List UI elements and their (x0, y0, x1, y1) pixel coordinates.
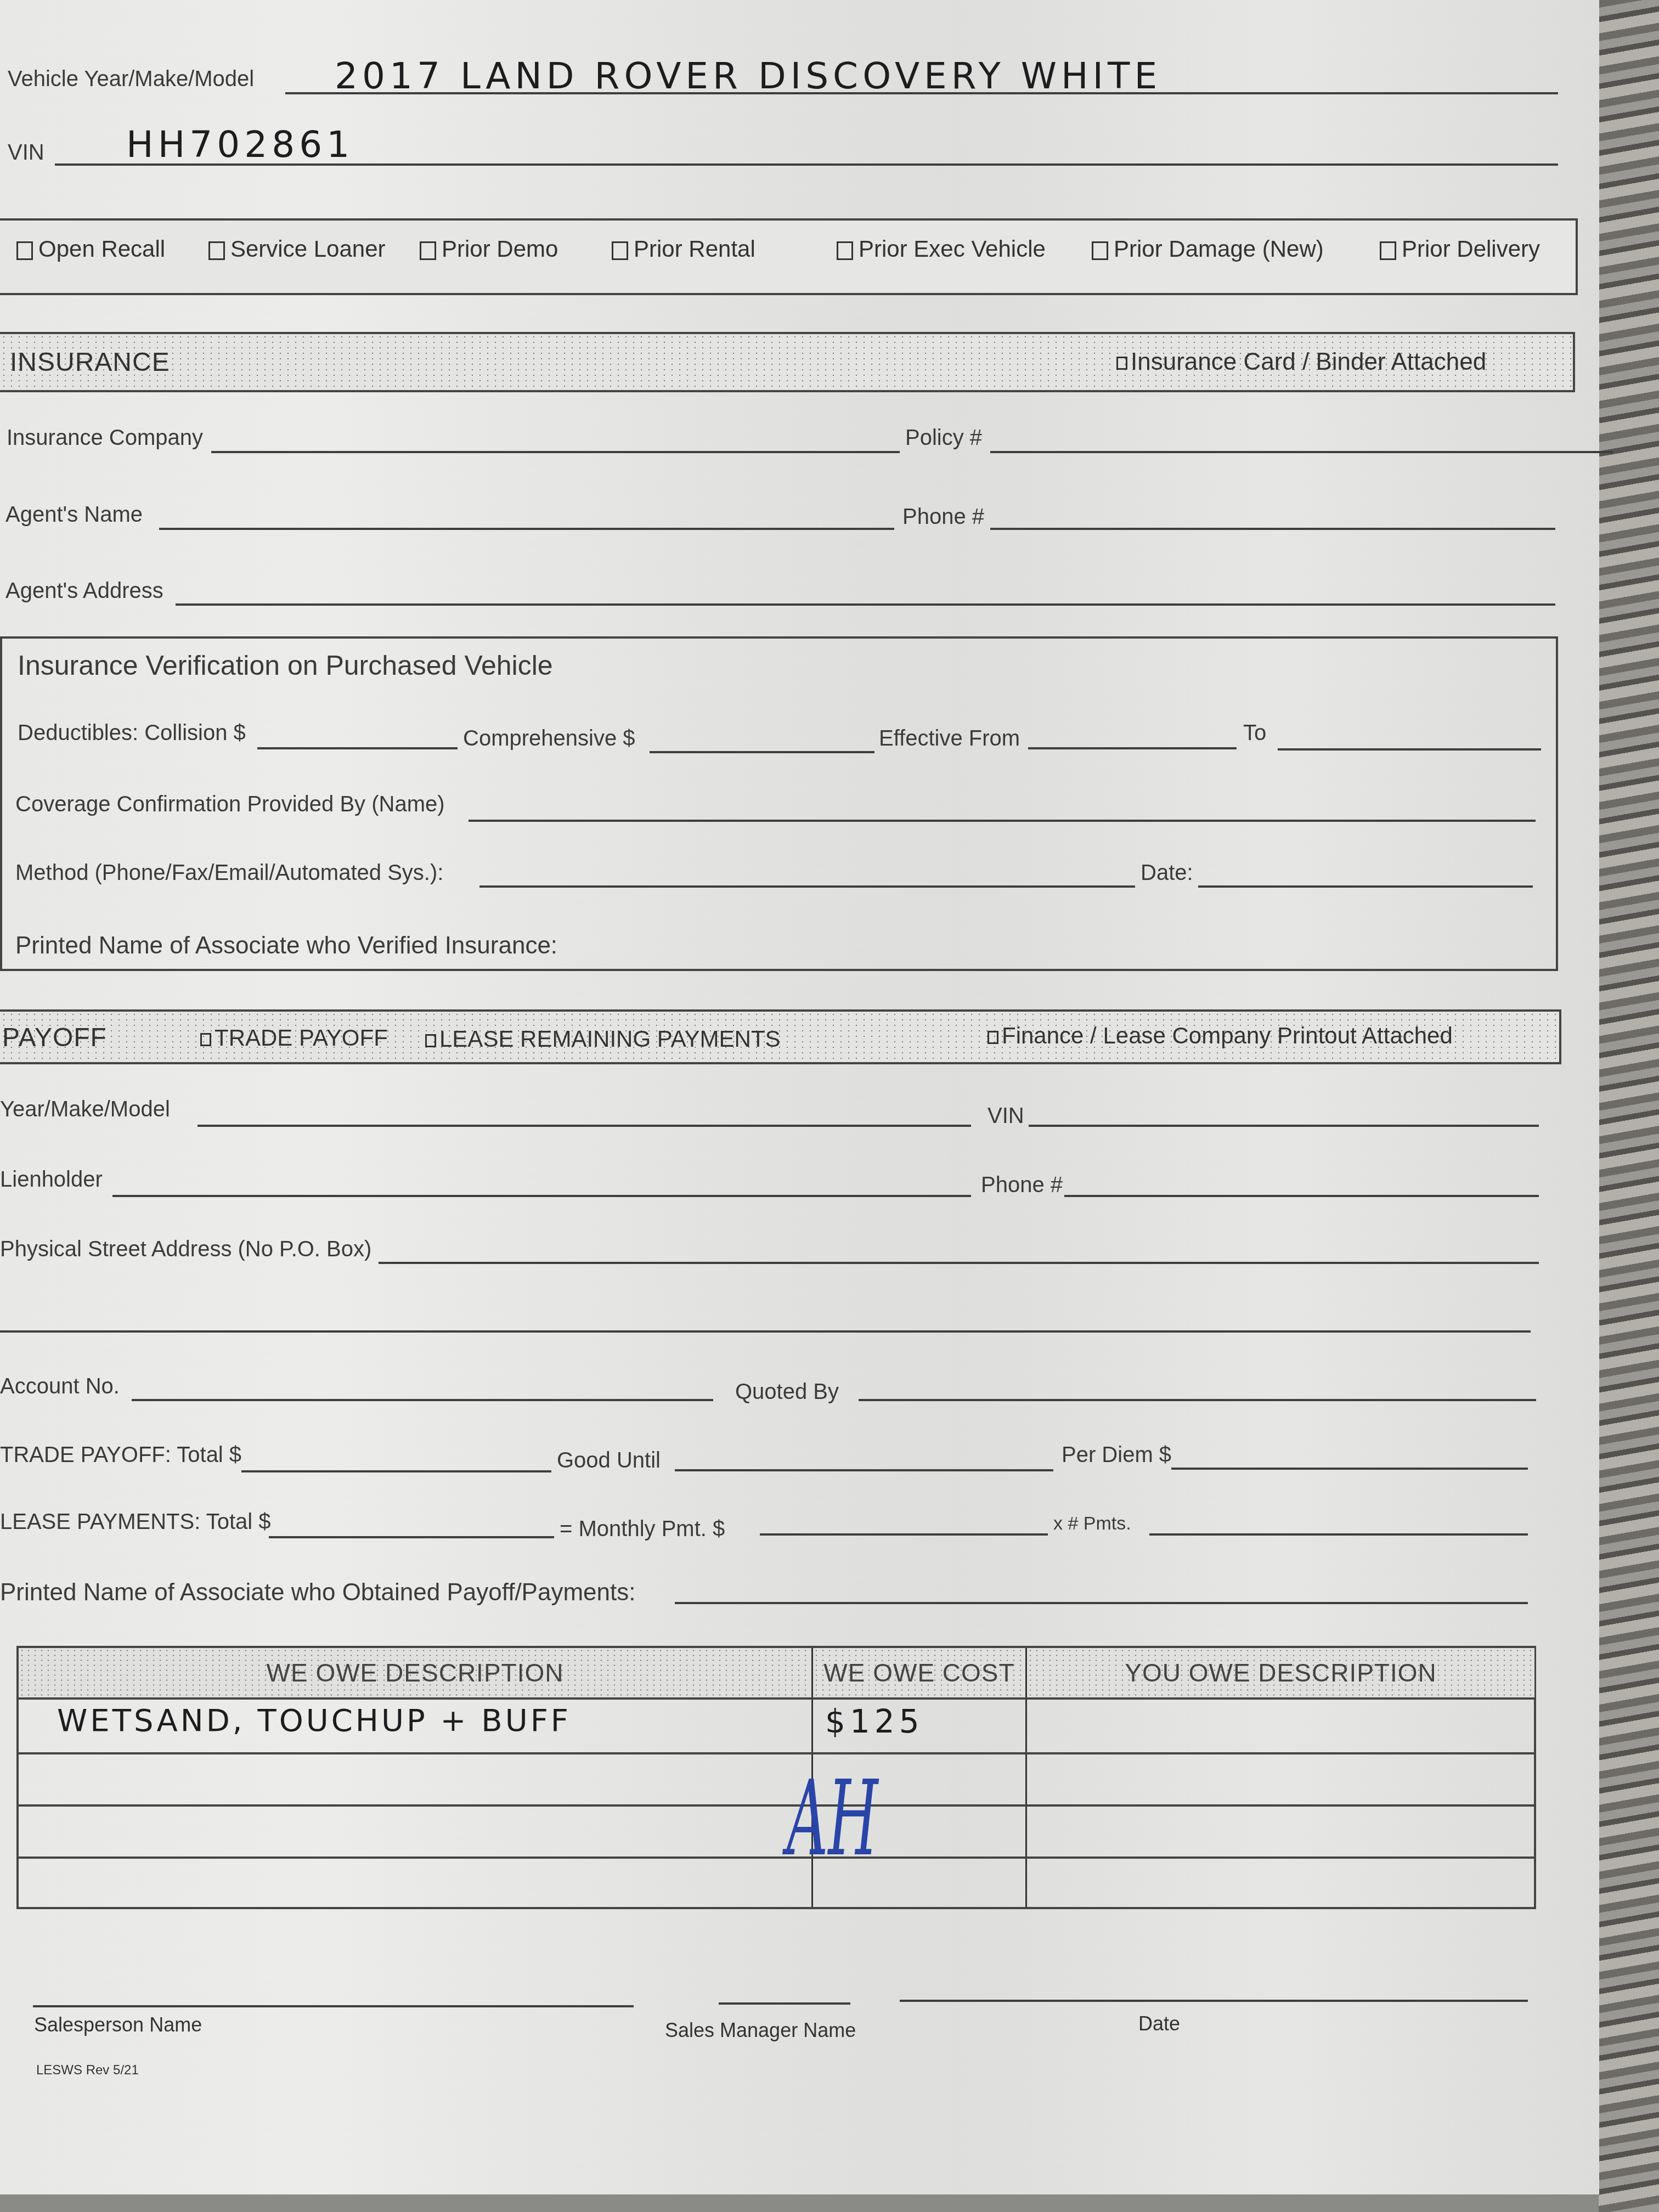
initials-signature: AH (787, 1758, 878, 1879)
effective-from-label: Effective From (879, 726, 1020, 751)
form-id: LESWS Rev 5/21 (36, 2063, 139, 2078)
flag-prior-rental[interactable]: Prior Rental (612, 236, 755, 262)
quoted-by-field[interactable] (859, 1399, 1536, 1401)
checkbox-icon[interactable] (1092, 241, 1108, 260)
trade-total-field[interactable] (241, 1470, 551, 1472)
payoff-vin-label: VIN (988, 1104, 1024, 1128)
salesperson-label: Salesperson Name (34, 2013, 202, 2036)
we-owe-row-1-cost[interactable]: $125 (825, 1703, 924, 1740)
insurance-card-attached[interactable]: Insurance Card / Binder Attached (1116, 348, 1486, 376)
lienholder-field[interactable] (112, 1195, 971, 1197)
lease-total-field[interactable] (269, 1536, 554, 1538)
flag-prior-damage[interactable]: Prior Damage (New) (1092, 236, 1324, 262)
vehicle-ymm-value[interactable]: 2017 LAND ROVER DISCOVERY WHITE (335, 55, 1161, 97)
lease-remaining-option[interactable]: LEASE REMAINING PAYMENTS (425, 1026, 781, 1052)
agent-address-label: Agent's Address (5, 579, 163, 603)
account-no-field[interactable] (132, 1399, 713, 1401)
agent-phone-field[interactable] (990, 528, 1555, 530)
per-diem-label: Per Diem $ (1062, 1443, 1171, 1468)
vehicle-flags-band: Open Recall Service Loaner Prior Demo Pr… (0, 218, 1578, 295)
policy-label: Policy # (905, 426, 982, 450)
insurance-header: INSURANCE (10, 347, 170, 377)
trade-total-label: TRADE PAYOFF: Total $ (0, 1443, 241, 1468)
checkbox-icon[interactable] (988, 1031, 998, 1044)
flag-prior-demo[interactable]: Prior Demo (420, 236, 558, 262)
checkbox-icon[interactable] (425, 1034, 436, 1047)
verification-title: Insurance Verification on Purchased Vehi… (18, 650, 553, 681)
num-payments-field[interactable] (1149, 1533, 1528, 1536)
lienholder-label: Lienholder (0, 1167, 103, 1192)
date-signature-line[interactable] (900, 2000, 1528, 2002)
street-address-field[interactable] (379, 1262, 1539, 1264)
checkbox-icon[interactable] (837, 241, 853, 260)
agent-name-field[interactable] (159, 528, 894, 530)
account-no-label: Account No. (0, 1374, 120, 1399)
collision-label: Deductibles: Collision $ (18, 721, 246, 746)
verification-date-field[interactable] (1198, 885, 1533, 888)
method-label: Method (Phone/Fax/Email/Automated Sys.): (15, 861, 443, 885)
countertop-background (1599, 0, 1659, 2212)
flag-open-recall[interactable]: Open Recall (16, 236, 165, 262)
payoff-band: PAYOFF TRADE PAYOFF LEASE REMAINING PAYM… (0, 1009, 1561, 1064)
effective-from-field[interactable] (1028, 747, 1237, 749)
checkbox-icon[interactable] (16, 241, 33, 260)
agent-name-label: Agent's Name (5, 503, 143, 527)
lienholder-phone-field[interactable] (1064, 1195, 1539, 1197)
we-owe-form: Vehicle Year/Make/Model 2017 LAND ROVER … (0, 0, 1599, 2194)
payoff-obtained-by-label: Printed Name of Associate who Obtained P… (0, 1579, 635, 1606)
vehicle-ymm-label: Vehicle Year/Make/Model (8, 67, 254, 92)
coverage-confirmation-field[interactable] (469, 820, 1536, 822)
insurance-verification-box: Insurance Verification on Purchased Vehi… (0, 636, 1558, 971)
effective-to-field[interactable] (1278, 748, 1541, 751)
collision-field[interactable] (257, 747, 458, 749)
insurance-band: INSURANCE Insurance Card / Binder Attach… (0, 332, 1575, 392)
sales-manager-label: Sales Manager Name (665, 2019, 856, 2042)
printout-attached-option[interactable]: Finance / Lease Company Printout Attache… (988, 1023, 1453, 1049)
street-address-field-2[interactable] (0, 1330, 1531, 1333)
signature-date-label: Date (1138, 2012, 1180, 2035)
coverage-confirmation-label: Coverage Confirmation Provided By (Name) (15, 792, 445, 817)
we-owe-cost-header: WE OWE COST (813, 1648, 1025, 1697)
trade-payoff-option[interactable]: TRADE PAYOFF (200, 1025, 388, 1051)
good-until-field[interactable] (675, 1469, 1053, 1471)
payoff-header: PAYOFF (2, 1023, 107, 1053)
sales-manager-signature-line[interactable] (719, 2002, 850, 2005)
lienholder-phone-label: Phone # (981, 1173, 1063, 1198)
agent-address-field[interactable] (176, 603, 1555, 606)
checkbox-icon[interactable] (420, 241, 436, 260)
payoff-ymm-field[interactable] (198, 1125, 971, 1127)
monthly-payment-label: = Monthly Pmt. $ (560, 1517, 725, 1542)
good-until-label: Good Until (557, 1448, 661, 1473)
per-diem-field[interactable] (1171, 1468, 1528, 1470)
we-owe-table: WE OWE DESCRIPTION WE OWE COST YOU OWE D… (16, 1646, 1536, 1909)
lease-total-label: LEASE PAYMENTS: Total $ (0, 1510, 271, 1534)
checkbox-icon[interactable] (612, 241, 628, 260)
flag-prior-exec-vehicle[interactable]: Prior Exec Vehicle (837, 236, 1046, 262)
vin-value[interactable]: HH702861 (126, 123, 354, 166)
to-label: To (1243, 721, 1266, 746)
payoff-ymm-label: Year/Make/Model (0, 1097, 170, 1122)
checkbox-icon[interactable] (1380, 241, 1396, 260)
quoted-by-label: Quoted By (735, 1380, 839, 1404)
checkbox-icon[interactable] (1116, 357, 1127, 370)
vin-label: VIN (8, 140, 44, 165)
verification-date-label: Date: (1141, 861, 1193, 885)
comprehensive-field[interactable] (650, 751, 874, 753)
monthly-payment-field[interactable] (760, 1533, 1048, 1536)
we-owe-description-header: WE OWE DESCRIPTION (19, 1648, 811, 1697)
salesperson-signature-line[interactable] (33, 2005, 634, 2007)
we-owe-row-1-description[interactable]: WETSAND, TOUCHUP + BUFF (57, 1703, 571, 1739)
num-payments-label: x # Pmts. (1053, 1513, 1131, 1534)
flag-service-loaner[interactable]: Service Loaner (208, 236, 386, 262)
verified-by-label: Printed Name of Associate who Verified I… (15, 932, 557, 960)
policy-field[interactable] (990, 451, 1613, 453)
checkbox-icon[interactable] (208, 241, 225, 260)
insurance-company-label: Insurance Company (7, 426, 203, 450)
checkbox-icon[interactable] (200, 1033, 211, 1046)
agent-phone-label: Phone # (902, 505, 984, 529)
payoff-vin-field[interactable] (1029, 1125, 1539, 1127)
payoff-obtained-by-field[interactable] (675, 1602, 1528, 1604)
comprehensive-label: Comprehensive $ (463, 726, 635, 751)
flag-prior-delivery[interactable]: Prior Delivery (1380, 236, 1540, 262)
you-owe-description-header: YOU OWE DESCRIPTION (1027, 1648, 1534, 1697)
insurance-company-field[interactable] (211, 451, 900, 453)
street-address-label: Physical Street Address (No P.O. Box) (0, 1237, 371, 1262)
method-field[interactable] (479, 885, 1135, 888)
